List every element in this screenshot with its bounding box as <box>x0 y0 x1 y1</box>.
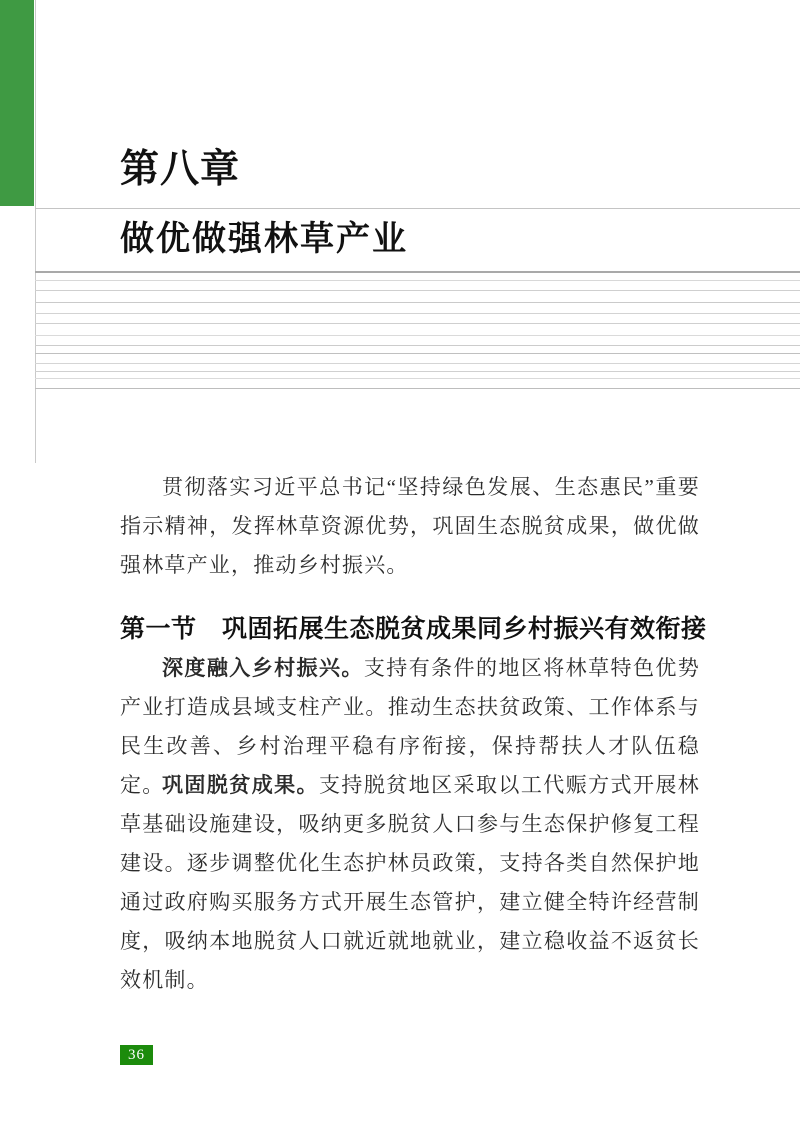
ruled-line <box>35 353 800 354</box>
ruled-line <box>35 335 800 336</box>
ruled-line <box>35 388 800 389</box>
ruled-line <box>35 378 800 379</box>
intro-paragraph: 贯彻落实习近平总书记“坚持绿色发展、生态惠民”重要指示精神，发挥林草资源优势，巩… <box>120 468 700 585</box>
ruled-line <box>35 313 800 314</box>
ruled-line <box>35 345 800 346</box>
ruled-line <box>35 280 800 281</box>
section-heading: 第一节 巩固拓展生态脱贫成果同乡村振兴有效衔接 <box>120 614 702 645</box>
chapter-number: 第八章 <box>120 149 240 192</box>
document-page: { "page": { "number": "36", "chapter": {… <box>0 0 800 1131</box>
paragraph-lead: 深度融入乡村振兴。 <box>162 656 364 680</box>
paragraph: 巩固脱贫成果。支持脱贫地区采取以工代赈方式开展林草基础设施建设，吸纳更多脱贫人口… <box>120 766 700 1000</box>
ruled-line <box>35 290 800 291</box>
paragraph-text: 支持脱贫地区采取以工代赈方式开展林草基础设施建设，吸纳更多脱贫人口参与生态保护修… <box>120 773 700 992</box>
chapter-accent-bar <box>0 0 34 206</box>
left-margin-rule <box>35 0 36 463</box>
ruled-line <box>35 371 800 372</box>
ruled-line <box>35 302 800 303</box>
chapter-title-divider <box>35 208 800 209</box>
page-number-badge: 36 <box>120 1045 153 1065</box>
paragraph-lead: 巩固脱贫成果。 <box>162 773 319 797</box>
subtitle-divider <box>35 271 800 273</box>
ruled-line <box>35 323 800 324</box>
chapter-title: 做优做强林草产业 <box>120 221 408 258</box>
ruled-line <box>35 363 800 364</box>
